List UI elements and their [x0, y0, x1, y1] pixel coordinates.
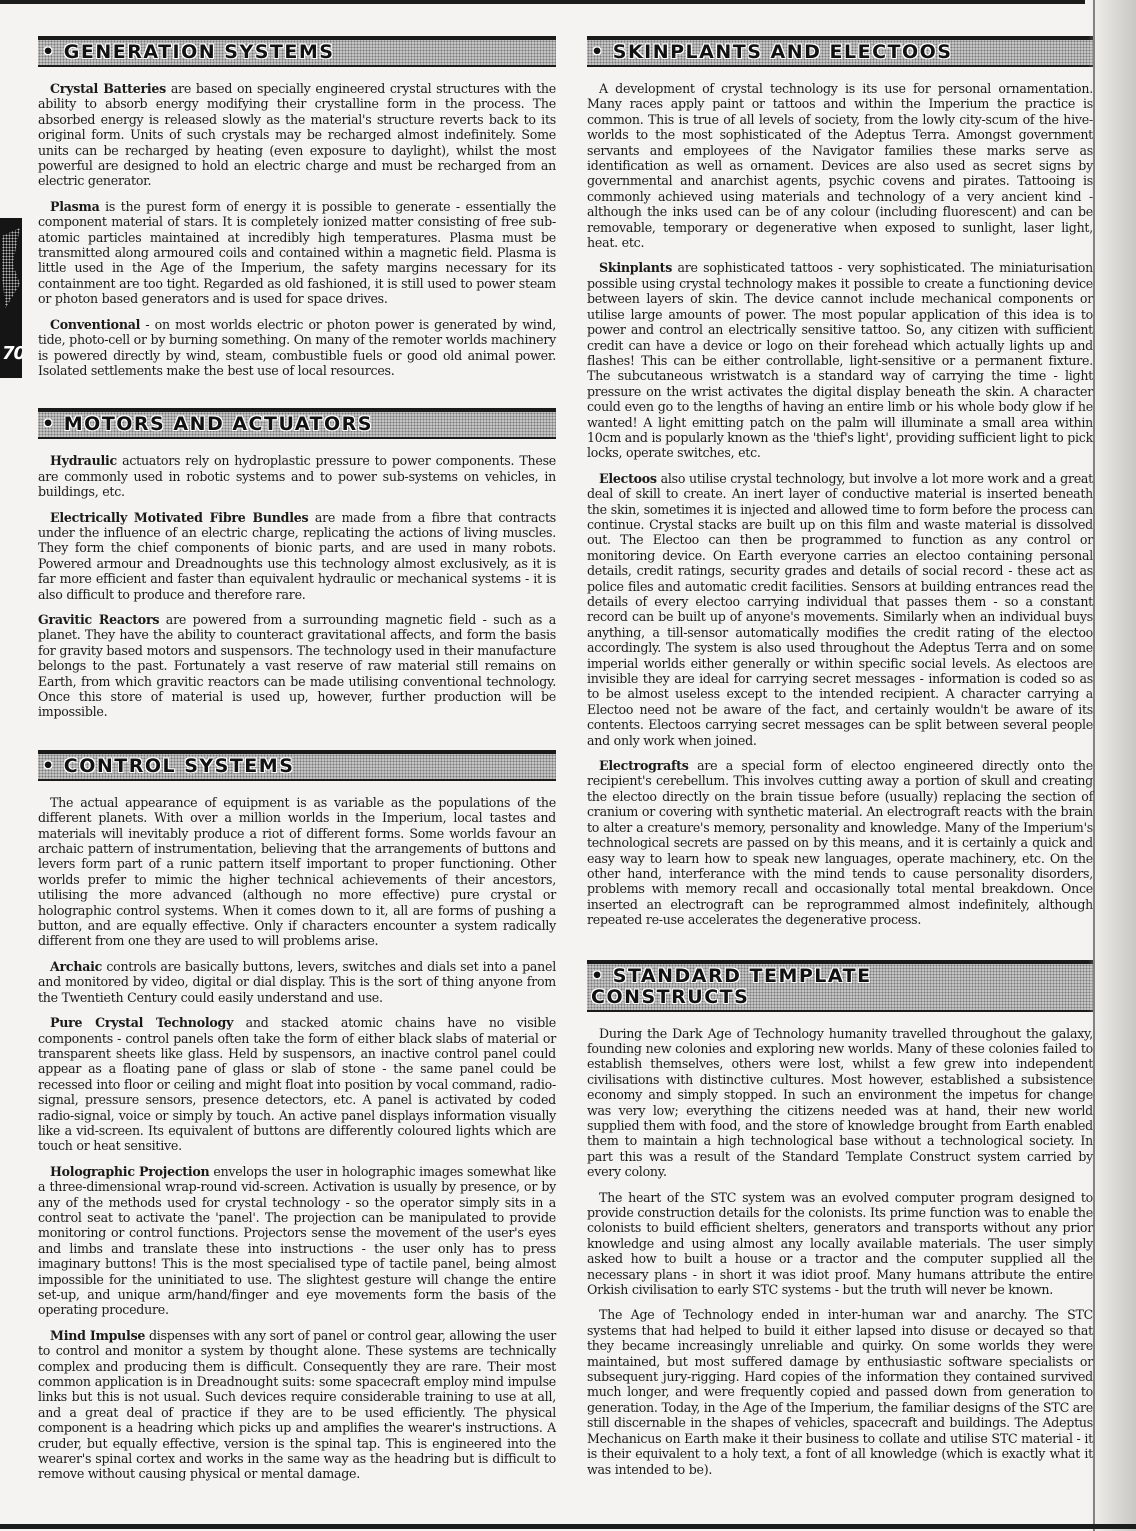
term: Hydraulic: [50, 453, 117, 468]
page-gutter-shadow: [1088, 0, 1136, 1531]
term: Mind Impulse: [50, 1328, 145, 1343]
section-heading: • SKINPLANTS AND ELECTOOS: [587, 36, 1093, 67]
decorative-halftone-icon: [2, 228, 20, 308]
paragraph-electrografts: Electrografts are a special form of elec…: [587, 758, 1093, 927]
page-edge: [1093, 0, 1095, 1531]
term: Holographic Projection: [50, 1164, 209, 1179]
term: Conventional: [50, 317, 140, 332]
page-number: 70: [2, 343, 22, 364]
paragraph-mind-impulse: Mind Impulse dispenses with any sort of …: [38, 1328, 556, 1482]
section-heading: • MOTORS AND ACTUATORS: [38, 408, 556, 439]
section-generation-systems: • GENERATION SYSTEMS Crystal Batteries a…: [38, 36, 556, 378]
right-column: • SKINPLANTS AND ELECTOOS A development …: [587, 36, 1093, 1497]
term: Archaic: [50, 959, 102, 974]
paragraph-fibre-bundles: Electrically Motivated Fibre Bundles are…: [38, 510, 556, 602]
paragraph-pure-crystal: Pure Crystal Technology and stacked atom…: [38, 1015, 556, 1154]
section-motors-and-actuators: • MOTORS AND ACTUATORS Hydraulic actuato…: [38, 408, 556, 720]
paragraph-stc-decline: The Age of Technology ended in inter-hum…: [587, 1307, 1093, 1476]
section-standard-template-constructs: • STANDARD TEMPLATE CONSTRUCTS During th…: [587, 960, 1093, 1477]
paragraph-crystal-batteries: Crystal Batteries are based on specially…: [38, 81, 556, 189]
paragraph-hydraulic: Hydraulic actuators rely on hydroplastic…: [38, 453, 556, 499]
paragraph-gravitic-reactors: Gravitic Reactors are powered from a sur…: [38, 612, 556, 720]
section-heading: • CONTROL SYSTEMS: [38, 750, 556, 781]
term: Plasma: [50, 199, 100, 214]
paragraph-dark-age: During the Dark Age of Technology humani…: [587, 1026, 1093, 1180]
bottom-rule: [0, 1524, 1136, 1529]
paragraph-stc-heart: The heart of the STC system was an evolv…: [587, 1190, 1093, 1298]
paragraph-holographic: Holographic Projection envelops the user…: [38, 1164, 556, 1318]
term: Electoos: [599, 471, 657, 486]
paragraph-conventional: Conventional - on most worlds electric o…: [38, 317, 556, 379]
term: Gravitic Reactors: [38, 612, 159, 627]
section-control-systems: • CONTROL SYSTEMS The actual appearance …: [38, 750, 556, 1482]
paragraph-skinplants: Skinplants are sophisticated tattoos - v…: [587, 260, 1093, 460]
term: Electrically Motivated Fibre Bundles: [50, 510, 308, 525]
paragraph-control-intro: The actual appearance of equipment is as…: [38, 795, 556, 949]
left-column: • GENERATION SYSTEMS Crystal Batteries a…: [38, 36, 556, 1502]
term: Pure Crystal Technology: [50, 1015, 233, 1030]
top-rule: [0, 0, 1085, 4]
paragraph-electoos: Electoos also utilise crystal technology…: [587, 471, 1093, 748]
page-thumb-tab: 70: [0, 218, 22, 378]
term: Electrografts: [599, 758, 689, 773]
paragraph-archaic: Archaic controls are basically buttons, …: [38, 959, 556, 1005]
term: Skinplants: [599, 260, 672, 275]
section-heading: • STANDARD TEMPLATE CONSTRUCTS: [587, 960, 1093, 1012]
term: Crystal Batteries: [50, 81, 166, 96]
section-skinplants-and-electoos: • SKINPLANTS AND ELECTOOS A development …: [587, 36, 1093, 928]
paragraph-electoo-intro: A development of crystal technology is i…: [587, 81, 1093, 250]
section-heading: • GENERATION SYSTEMS: [38, 36, 556, 67]
paragraph-plasma: Plasma is the purest form of energy it i…: [38, 199, 556, 307]
